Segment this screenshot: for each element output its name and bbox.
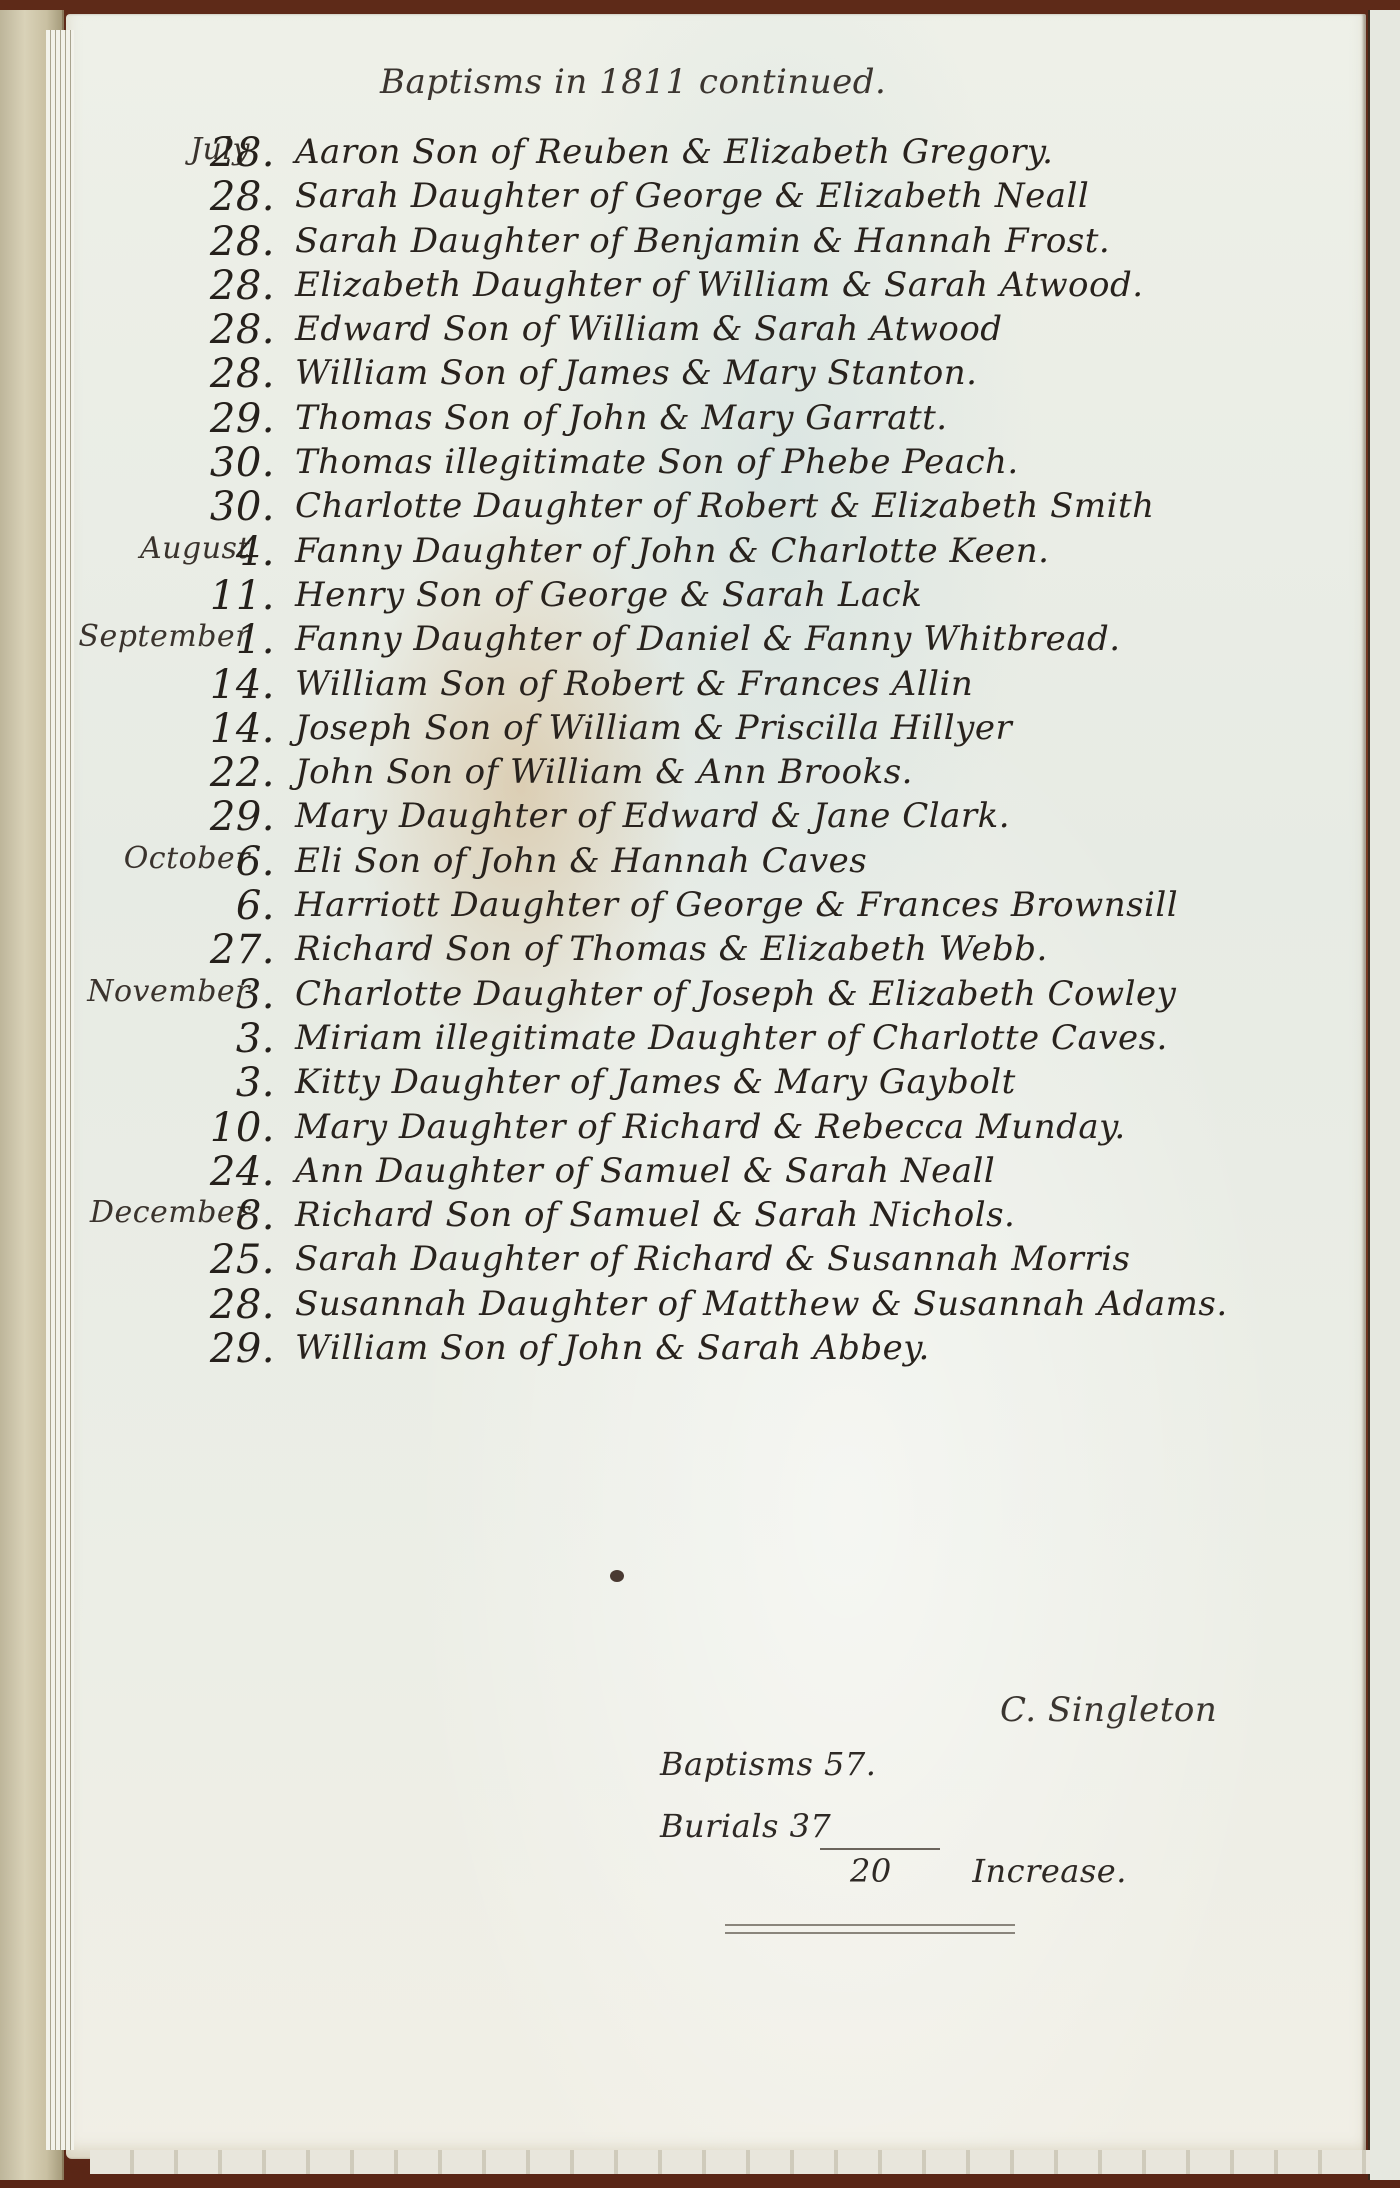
increase-label: Increase. (972, 1852, 1127, 1890)
entry-day: 29. (195, 1326, 275, 1372)
entry-text: Aaron Son of Reuben & Elizabeth Gregory. (295, 132, 1053, 172)
entry-text: Sarah Daughter of Benjamin & Hannah Fros… (295, 221, 1110, 261)
entry-text: Sarah Daughter of George & Elizabeth Nea… (295, 176, 1089, 216)
baptism-entry: 6.Harriott Daughter of George & Frances … (100, 881, 1280, 925)
entry-day: 28. (195, 263, 275, 309)
baptism-entries-list: July28.Aaron Son of Reuben & Elizabeth G… (100, 128, 1280, 1368)
entry-text: Mary Daughter of Richard & Rebecca Munda… (295, 1107, 1126, 1147)
entry-day: 6. (195, 839, 275, 885)
baptism-entry: July28.Aaron Son of Reuben & Elizabeth G… (100, 128, 1280, 172)
entry-day: 6. (195, 883, 275, 929)
baptism-entry: 28.Susannah Daughter of Matthew & Susann… (100, 1280, 1280, 1324)
entry-day: 30. (195, 484, 275, 530)
baptism-entry: 24.Ann Daughter of Samuel & Sarah Neall (100, 1147, 1280, 1191)
baptism-entry: December8.Richard Son of Samuel & Sarah … (100, 1191, 1280, 1235)
baptism-entry: 29.Thomas Son of John & Mary Garratt. (100, 394, 1280, 438)
entry-day: 10. (195, 1105, 275, 1151)
entry-text: Ann Daughter of Samuel & Sarah Neall (295, 1151, 995, 1191)
entry-day: 11. (195, 573, 275, 619)
entry-day: 28. (195, 1282, 275, 1328)
baptism-entry: 30.Charlotte Daughter of Robert & Elizab… (100, 482, 1280, 526)
baptism-entry: November3.Charlotte Daughter of Joseph &… (100, 970, 1280, 1014)
entry-day: 8. (195, 1193, 275, 1239)
entry-text: Thomas illegitimate Son of Phebe Peach. (295, 442, 1019, 482)
entry-text: Elizabeth Daughter of William & Sarah At… (295, 265, 1144, 305)
entry-day: 28. (195, 219, 275, 265)
ink-blot (610, 1570, 624, 1582)
baptism-entry: 30.Thomas illegitimate Son of Phebe Peac… (100, 438, 1280, 482)
entry-day: 22. (195, 750, 275, 796)
burials-label: Burials (660, 1807, 779, 1845)
entry-day: 25. (195, 1237, 275, 1283)
burials-count: 37 (790, 1807, 832, 1845)
entry-day: 29. (195, 794, 275, 840)
entry-day: 30. (195, 440, 275, 486)
entry-text: John Son of William & Ann Brooks. (295, 752, 913, 792)
entry-text: Charlotte Daughter of Robert & Elizabeth… (295, 486, 1155, 526)
baptisms-label: Baptisms (660, 1745, 813, 1783)
entry-day: 28. (195, 130, 275, 176)
baptism-entry: 14.William Son of Robert & Frances Allin (100, 660, 1280, 704)
curate-signature: C. Singleton (1000, 1690, 1217, 1730)
increase-row: 20 Increase. (850, 1852, 1127, 1890)
entry-day: 29. (195, 396, 275, 442)
entry-text: William Son of John & Sarah Abbey. (295, 1328, 930, 1368)
annual-summary: Baptisms 57. Burials 37 (660, 1745, 876, 1869)
baptism-entry: August4.Fanny Daughter of John & Charlot… (100, 527, 1280, 571)
entry-day: 3. (195, 1060, 275, 1106)
closing-double-rule (725, 1924, 1015, 1934)
entry-day: 1. (195, 617, 275, 663)
burials-total-row: Burials 37 (660, 1807, 876, 1869)
entry-day: 14. (195, 706, 275, 752)
sum-underline (820, 1848, 940, 1850)
entry-day: 14. (195, 662, 275, 708)
baptisms-total-row: Baptisms 57. (660, 1745, 876, 1807)
entry-text: Joseph Son of William & Priscilla Hillye… (295, 708, 1012, 748)
entry-text: Richard Son of Thomas & Elizabeth Webb. (295, 929, 1048, 969)
page-edges-stack (46, 30, 74, 2150)
entry-text: Charlotte Daughter of Joseph & Elizabeth… (295, 974, 1176, 1014)
entry-text: Sarah Daughter of Richard & Susannah Mor… (295, 1239, 1130, 1279)
entry-text: Fanny Daughter of Daniel & Fanny Whitbre… (295, 619, 1121, 659)
baptism-entry: 3.Miriam illegitimate Daughter of Charlo… (100, 1014, 1280, 1058)
entry-text: Henry Son of George & Sarah Lack (295, 575, 922, 615)
baptism-entry: 25.Sarah Daughter of Richard & Susannah … (100, 1235, 1280, 1279)
entry-day: 4. (195, 529, 275, 575)
entry-day: 27. (195, 927, 275, 973)
entry-text: Fanny Daughter of John & Charlotte Keen. (295, 531, 1049, 571)
increase-count: 20 (850, 1852, 892, 1890)
baptism-entry: 29.William Son of John & Sarah Abbey. (100, 1324, 1280, 1368)
baptism-entry: 27.Richard Son of Thomas & Elizabeth Web… (100, 925, 1280, 969)
baptism-entry: 28.Edward Son of William & Sarah Atwood (100, 305, 1280, 349)
baptism-entry: September1.Fanny Daughter of Daniel & Fa… (100, 615, 1280, 659)
entry-text: William Son of Robert & Frances Allin (295, 664, 973, 704)
entry-text: Edward Son of William & Sarah Atwood (295, 309, 1003, 349)
baptism-entry: 28.Elizabeth Daughter of William & Sarah… (100, 261, 1280, 305)
baptism-entry: 22.John Son of William & Ann Brooks. (100, 748, 1280, 792)
entry-day: 24. (195, 1149, 275, 1195)
entry-text: Susannah Daughter of Matthew & Susannah … (295, 1284, 1228, 1324)
baptism-entry: October6.Eli Son of John & Hannah Caves (100, 837, 1280, 881)
baptism-entry: 3.Kitty Daughter of James & Mary Gaybolt (100, 1058, 1280, 1102)
entry-text: Richard Son of Samuel & Sarah Nichols. (295, 1195, 1015, 1235)
entry-text: Miriam illegitimate Daughter of Charlott… (295, 1018, 1168, 1058)
entry-day: 28. (195, 174, 275, 220)
baptism-entry: 11.Henry Son of George & Sarah Lack (100, 571, 1280, 615)
facing-page-edge (1368, 10, 1400, 2180)
entry-text: William Son of James & Mary Stanton. (295, 353, 977, 393)
page-bottom-edge (90, 2150, 1370, 2174)
baptism-entry: 10.Mary Daughter of Richard & Rebecca Mu… (100, 1103, 1280, 1147)
entry-text: Kitty Daughter of James & Mary Gaybolt (295, 1062, 1016, 1102)
baptism-entry: 28.Sarah Daughter of George & Elizabeth … (100, 172, 1280, 216)
baptism-entry: 28.Sarah Daughter of Benjamin & Hannah F… (100, 217, 1280, 261)
entry-day: 3. (195, 1016, 275, 1062)
baptism-entry: 29.Mary Daughter of Edward & Jane Clark. (100, 792, 1280, 836)
baptisms-count: 57. (824, 1745, 876, 1783)
entry-text: Eli Son of John & Hannah Caves (295, 841, 867, 881)
baptism-entry: 28.William Son of James & Mary Stanton. (100, 349, 1280, 393)
entry-day: 3. (195, 972, 275, 1018)
entry-text: Mary Daughter of Edward & Jane Clark. (295, 796, 1010, 836)
page-heading: Baptisms in 1811 continued. (380, 62, 886, 102)
entry-text: Thomas Son of John & Mary Garratt. (295, 398, 948, 438)
entry-text: Harriott Daughter of George & Frances Br… (295, 885, 1178, 925)
entry-day: 28. (195, 307, 275, 353)
baptism-entry: 14.Joseph Son of William & Priscilla Hil… (100, 704, 1280, 748)
entry-day: 28. (195, 351, 275, 397)
